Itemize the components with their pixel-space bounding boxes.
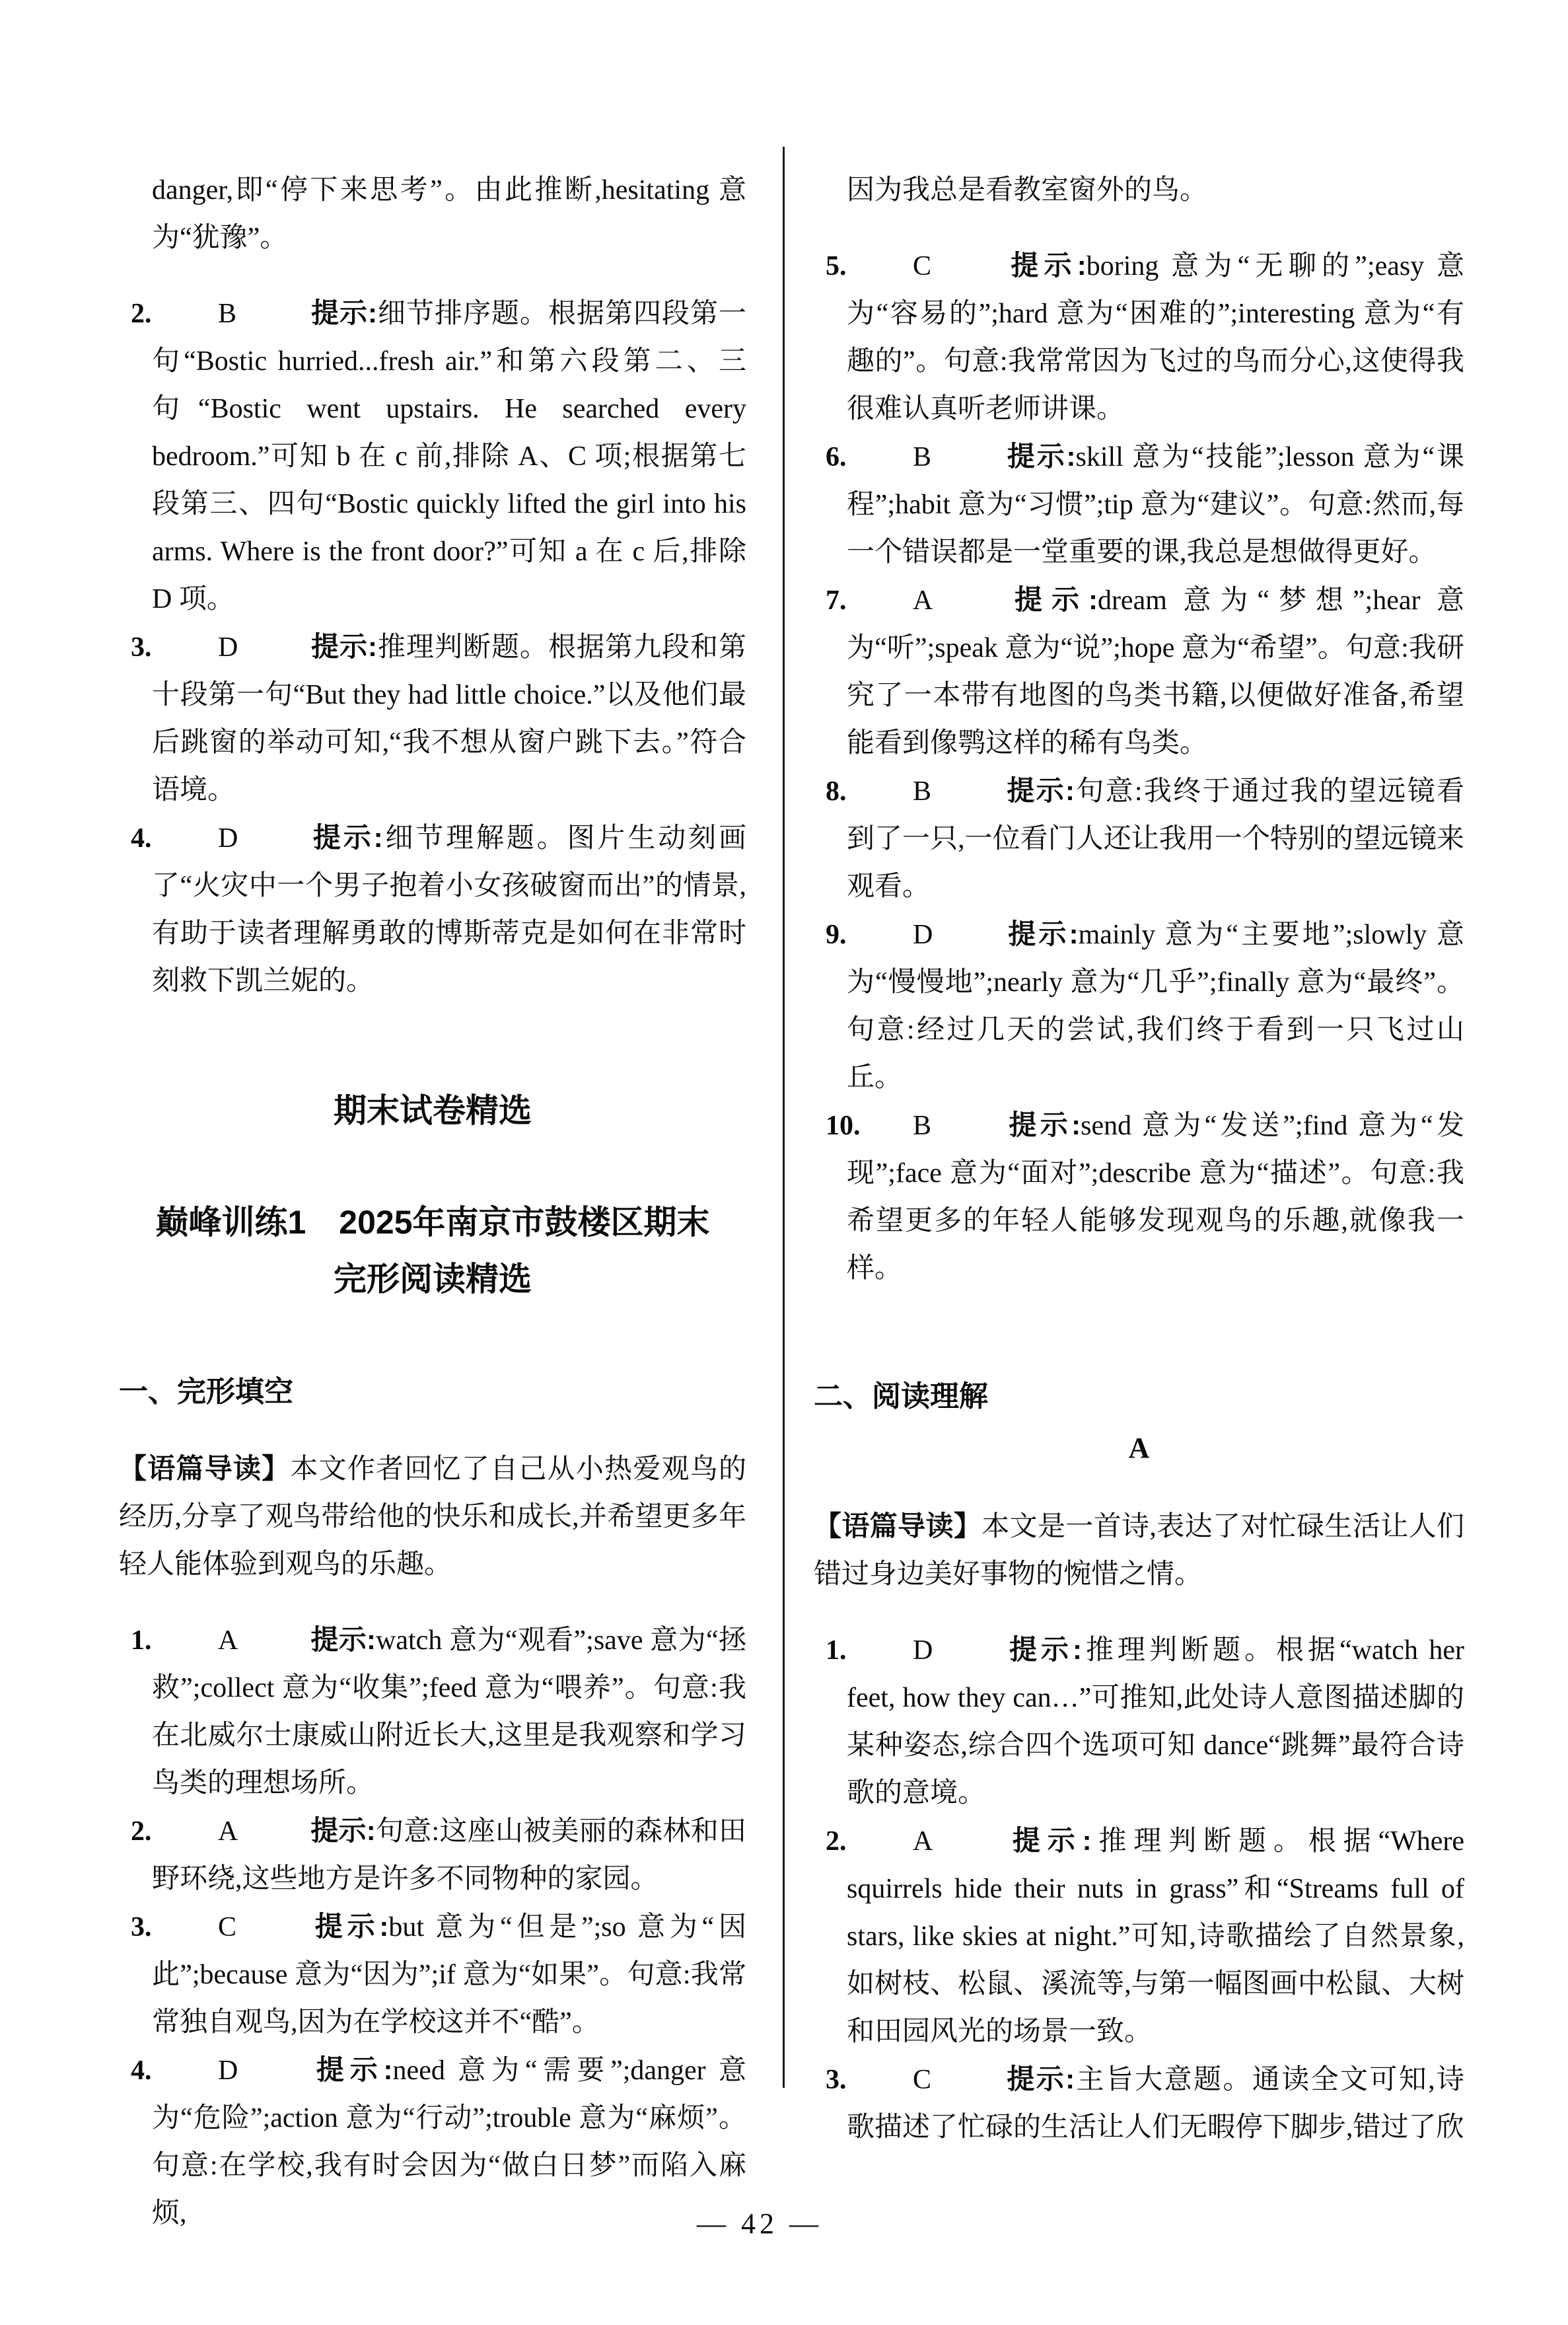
item-number: 3.: [826, 2056, 913, 2104]
hint-label: 提示:: [310, 2054, 393, 2085]
hint-label: 提示:: [1005, 918, 1079, 949]
answer-letter: A: [218, 1617, 310, 1664]
item-number: 7.: [826, 577, 913, 624]
training-title-line2: 完形阅读精选: [119, 1251, 746, 1308]
item-number: 1.: [131, 1617, 218, 1664]
answer-letter: B: [913, 1102, 1005, 1150]
intro-label: 【语篇导读】: [814, 1510, 981, 1541]
hint-label: 提示:: [1005, 775, 1075, 806]
hint-label: 提示:: [1005, 441, 1076, 472]
hint-label: 提示:: [310, 1815, 376, 1846]
hint-label: 提示:: [310, 631, 377, 662]
reading-answer-item-2: 2.A提示:推理判断题。根据“Where squirrels hide thei…: [814, 1817, 1464, 2055]
answer-letter: B: [913, 768, 1005, 815]
part1-heading-cloze: 一、完形填空: [119, 1367, 746, 1417]
answer-letter: A: [913, 1818, 1005, 1865]
answer-item-4: 4.D提示:细节理解题。图片生动刻画了“火灾中一个男子抱着小女孩破窗而出”的情景…: [119, 814, 746, 1005]
passage-intro-cloze: 【语篇导读】本文作者回忆了自己从小热爱观鸟的经历,分享了观鸟带给他的快乐和成长,…: [119, 1445, 746, 1588]
item-number: 2.: [131, 290, 218, 338]
answer-letter: C: [913, 242, 1005, 290]
answer-item-2: 2.B提示:细节排序题。根据第四段第一句“Bostic hurried...fr…: [119, 289, 746, 623]
item-number: 3.: [131, 624, 218, 671]
hint-label: 提示:: [1005, 1109, 1081, 1140]
hint-label: 提示:: [1005, 2063, 1075, 2094]
hint-text: 细节排序题。根据第四段第一句“Bostic hurried...fresh ai…: [152, 299, 746, 614]
reading-answer-item-1: 1.D提示:推理判断题。根据“watch her feet, how they …: [814, 1626, 1464, 1817]
item-number: 4.: [131, 815, 218, 862]
answer-letter: A: [218, 1808, 310, 1855]
passage-label-a: A: [814, 1422, 1464, 1475]
intro-label: 【语篇导读】: [119, 1453, 290, 1484]
item-number: 6.: [826, 433, 913, 481]
answer-letter: D: [913, 911, 1005, 959]
hint-label: 提示:: [1005, 1825, 1092, 1856]
hint-label: 提示:: [310, 1624, 376, 1655]
item-number: 9.: [826, 911, 913, 959]
training-title-line1: 巅峰训练1 2025年南京市鼓楼区期末: [119, 1194, 746, 1251]
continued-explanation-paragraph: danger,即“停下来思考”。由此推断,hesitating 意为“犹豫”。: [119, 166, 746, 262]
hint-label: 提示:: [310, 1911, 388, 1942]
column-divider-rule: [783, 147, 785, 2088]
item-number: 3.: [131, 1903, 218, 1951]
answer-letter: D: [218, 624, 310, 671]
answer-letter: B: [913, 433, 1005, 481]
cloze-answer-item-3: 3.C提示:but 意为“但是”;so 意为“因此”;because 意为“因为…: [119, 1903, 746, 2046]
hint-label: 提示:: [1005, 250, 1087, 281]
cloze-answer-item-8: 8.B提示:句意:我终于通过我的望远镜看到了一只,一位看门人还让我用一个特别的望…: [814, 767, 1464, 910]
answer-letter: C: [913, 2056, 1005, 2104]
item-number: 2.: [826, 1818, 913, 1865]
item-number: 5.: [826, 242, 913, 290]
cloze-answer-item-5: 5.C提示:boring 意为“无聊的”;easy 意为“容易的”;hard 意…: [814, 242, 1464, 433]
page-number: — 42 —: [0, 2204, 1519, 2244]
answer-letter: C: [218, 1903, 310, 1951]
answer-item-3: 3.D提示:推理判断题。根据第九段和第十段第一句“But they had li…: [119, 623, 746, 814]
answer-letter: D: [218, 815, 310, 862]
item-number: 2.: [131, 1808, 218, 1855]
cloze-answer-item-2: 2.A提示:句意:这座山被美丽的森林和田野环绕,这些地方是许多不同物种的家园。: [119, 1807, 746, 1903]
continued-explanation-paragraph: 因为我总是看教室窗外的鸟。: [814, 166, 1464, 214]
answer-letter: D: [218, 2047, 310, 2094]
left-column: danger,即“停下来思考”。由此推断,hesitating 意为“犹豫”。 …: [119, 139, 746, 2237]
answer-key-page: danger,即“停下来思考”。由此推断,hesitating 意为“犹豫”。 …: [0, 0, 1568, 2325]
item-number: 1.: [826, 1627, 913, 1674]
right-column: 因为我总是看教室窗外的鸟。 5.C提示:boring 意为“无聊的”;easy …: [814, 139, 1464, 2151]
item-number: 8.: [826, 768, 913, 815]
section-header-final-exam-selection: 期末试卷精选: [119, 1084, 746, 1137]
hint-label: 提示:: [1005, 1634, 1082, 1665]
cloze-answer-item-10: 10.B提示:send 意为“发送”;find 意为“发现”;face 意为“面…: [814, 1101, 1464, 1292]
answer-letter: A: [913, 577, 1005, 624]
cloze-answer-item-1: 1.A提示:watch 意为“观看”;save 意为“拯救”;collect 意…: [119, 1616, 746, 1807]
reading-answer-item-3: 3.C提示:主旨大意题。通读全文可知,诗歌描述了忙碌的生活让人们无暇停下脚步,错…: [814, 2055, 1464, 2151]
hint-label: 提示:: [1005, 584, 1098, 615]
answer-letter: D: [913, 1627, 1005, 1674]
answer-letter: B: [218, 290, 310, 338]
hint-label: 提示:: [310, 822, 383, 853]
passage-intro-reading: 【语篇导读】本文是一首诗,表达了对忙碌生活让人们错过身边美好事物的惋惜之情。: [814, 1502, 1464, 1598]
cloze-answer-item-9: 9.D提示:mainly 意为“主要地”;slowly 意为“慢慢地”;near…: [814, 910, 1464, 1101]
item-number: 4.: [131, 2047, 218, 2094]
hint-label: 提示:: [310, 297, 377, 328]
cloze-answer-item-6: 6.B提示:skill 意为“技能”;lesson 意为“课程”;habit 意…: [814, 433, 1464, 576]
part2-heading-reading: 二、阅读理解: [814, 1372, 1464, 1422]
cloze-answer-item-7: 7.A提示:dream 意为“梦想”;hear 意为“听”;speak 意为“说…: [814, 576, 1464, 767]
item-number: 10.: [826, 1102, 913, 1150]
